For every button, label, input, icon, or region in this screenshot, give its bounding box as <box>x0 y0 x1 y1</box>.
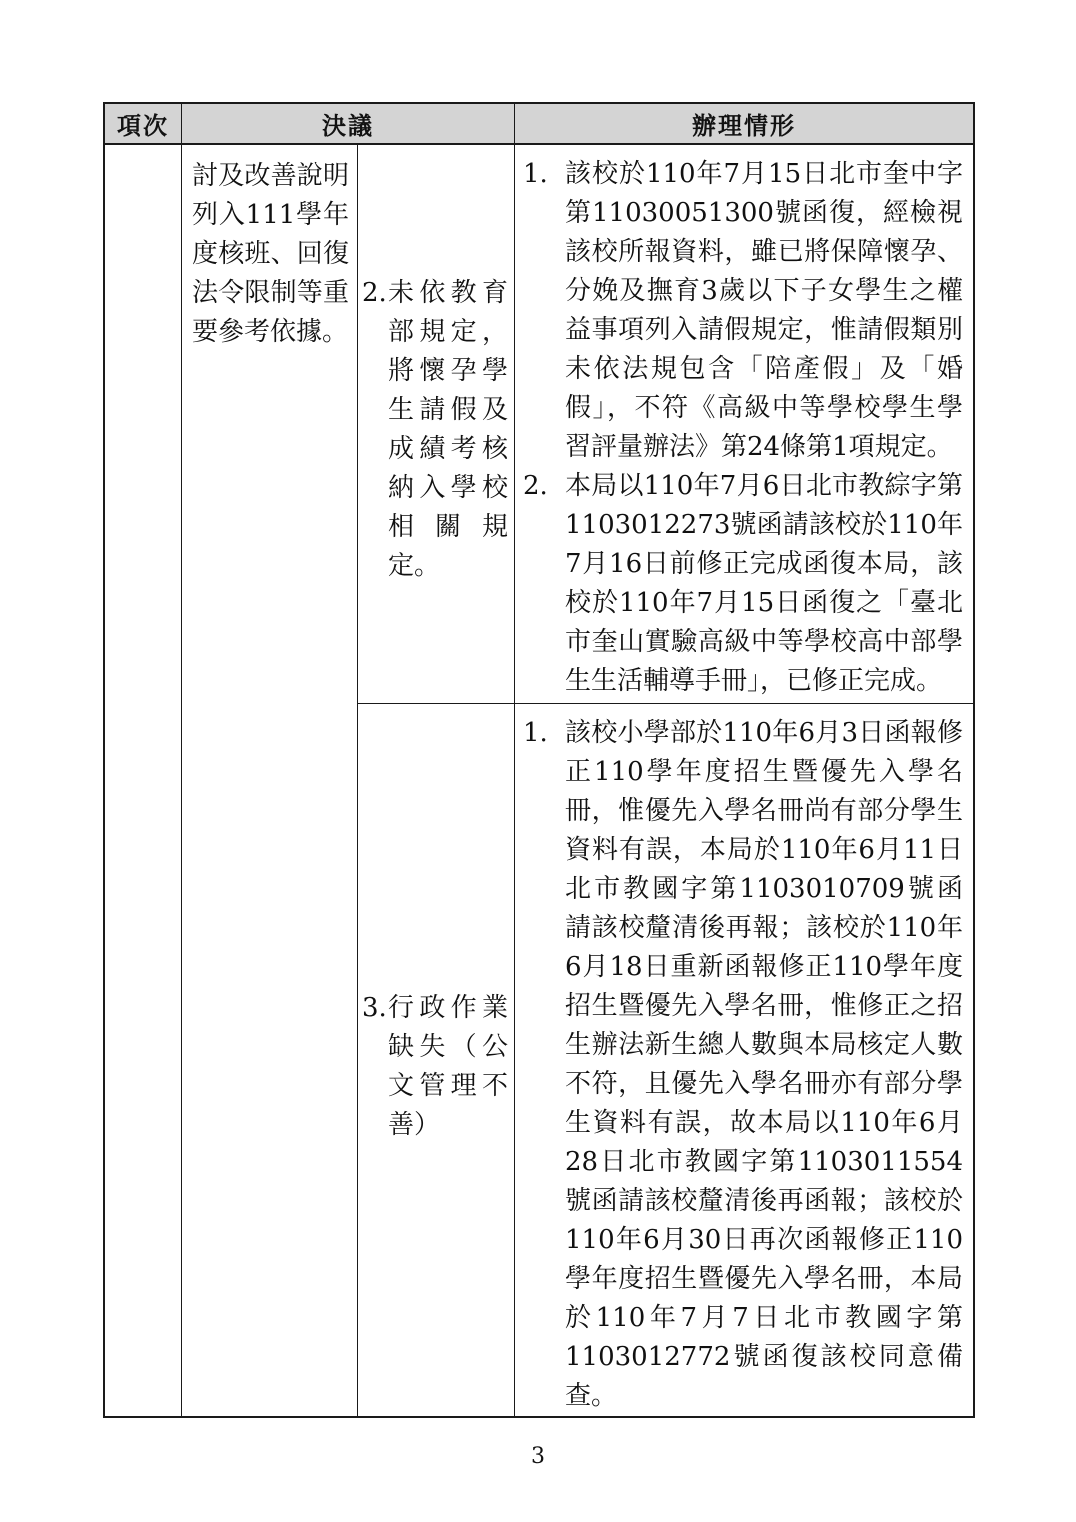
handling-cell-row1: 1. 該校於110年7月15日北市奎中字第11030051300號函復，經檢視該… <box>515 145 973 704</box>
item-number: 2. <box>523 467 565 506</box>
header-resolution: 決議 <box>182 104 515 145</box>
handling-item: 1. 該校於110年7月15日北市奎中字第11030051300號函復，經檢視該… <box>515 155 973 467</box>
item-text: 未依教育部規定，將懷孕學生請假及成績考核納入學校相關規定。 <box>388 274 508 586</box>
header-item-no: 項次 <box>105 104 182 145</box>
item-text: 本局以110年7月6日北市教綜字第1103012273號函請該校於110年7月1… <box>565 467 963 701</box>
handling-item: 1. 該校小學部於110年6月3日函報修正110學年度招生暨優先入學名冊，惟優先… <box>515 714 973 1416</box>
item-number: 3. <box>362 989 388 1028</box>
item-number: 2. <box>362 274 388 313</box>
resolution-carryover-cell: 討及改善說明列入111學年度核班、回復法令限制等重要參考依據。 <box>182 145 358 1416</box>
resolution-item-3-cell: 3. 行政作業缺失（公文管理不善） <box>358 704 515 1416</box>
review-table: 項次 決議 辦理情形 討及改善說明列入111學年度核班、回復法令限制等重要參考依… <box>103 102 975 1418</box>
item-text: 該校於110年7月15日北市奎中字第11030051300號函復，經檢視該校所報… <box>565 155 963 467</box>
header-handling: 辦理情形 <box>515 104 973 145</box>
page-number: 3 <box>0 1444 1076 1469</box>
handling-cell-row2: 1. 該校小學部於110年6月3日函報修正110學年度招生暨優先入學名冊，惟優先… <box>515 704 973 1416</box>
resolution-item-2-cell: 2. 未依教育部規定，將懷孕學生請假及成績考核納入學校相關規定。 <box>358 145 515 704</box>
item-text: 行政作業缺失（公文管理不善） <box>388 989 508 1145</box>
document-page: 項次 決議 辦理情形 討及改善說明列入111學年度核班、回復法令限制等重要參考依… <box>0 0 1076 1522</box>
handling-item: 2. 本局以110年7月6日北市教綜字第1103012273號函請該校於110年… <box>515 467 973 701</box>
item-text: 該校小學部於110年6月3日函報修正110學年度招生暨優先入學名冊，惟優先入學名… <box>565 714 963 1416</box>
resolution-carryover-text: 討及改善說明列入111學年度核班、回復法令限制等重要參考依據。 <box>192 157 349 352</box>
item-number: 1. <box>523 714 565 753</box>
item-number: 1. <box>523 155 565 194</box>
item-no-cell-empty <box>105 145 182 1416</box>
resolution-item: 2. 未依教育部規定，將懷孕學生請假及成績考核納入學校相關規定。 <box>358 274 514 586</box>
resolution-item: 3. 行政作業缺失（公文管理不善） <box>358 989 514 1145</box>
